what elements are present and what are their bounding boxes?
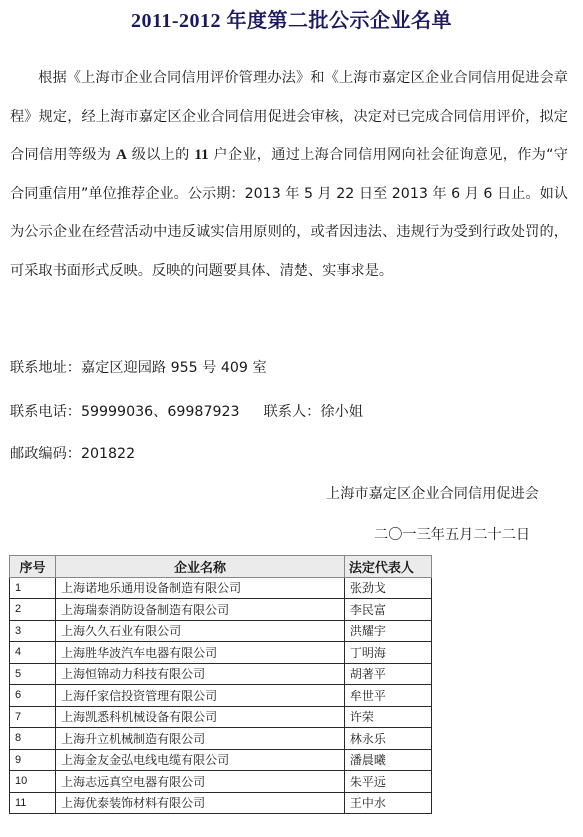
row-company: 上海胜华波汽车电器有限公司 <box>56 642 345 664</box>
address-label: 联系地址： <box>10 360 81 376</box>
company-count: 11 <box>194 147 208 163</box>
row-no: 7 <box>10 706 56 728</box>
table-row: 5上海恒锦动力科技有限公司胡著平 <box>10 663 432 685</box>
header-rep: 法定代表人 <box>344 556 431 578</box>
row-company: 上海金友金弘电线电缆有限公司 <box>56 749 345 771</box>
row-company: 上海诺地乐通用设备制造有限公司 <box>56 577 345 599</box>
contact-address: 联系地址：嘉定区迎园路 955 号 409 室 <box>10 357 267 377</box>
postcode-value: 201822 <box>81 446 135 462</box>
row-no: 9 <box>10 749 56 771</box>
table-row: 8上海升立机械制造有限公司林永乐 <box>10 728 432 750</box>
table-row: 10上海志远真空电器有限公司朱平远 <box>10 771 432 793</box>
row-company: 上海瑞泰消防设备制造有限公司 <box>56 599 345 621</box>
header-company: 企业名称 <box>56 556 345 578</box>
row-rep: 朱平远 <box>344 771 431 793</box>
table-row: 11上海优泰装饰材料有限公司王中水 <box>10 792 432 814</box>
row-company: 上海优泰装饰材料有限公司 <box>56 792 345 814</box>
signature-org: 上海市嘉定区企业合同信用促进会 <box>326 483 539 503</box>
row-company: 上海久久石业有限公司 <box>56 620 345 642</box>
page-title: 2011-2012 年度第二批公示企业名单 <box>0 4 583 33</box>
row-rep: 潘晨曦 <box>344 749 431 771</box>
row-no: 8 <box>10 728 56 750</box>
row-no: 1 <box>10 577 56 599</box>
row-no: 10 <box>10 771 56 793</box>
row-rep: 洪耀宇 <box>344 620 431 642</box>
row-company: 上海凯悉科机械设备有限公司 <box>56 706 345 728</box>
row-no: 6 <box>10 685 56 707</box>
table-row: 7上海凯悉科机械设备有限公司许荣 <box>10 706 432 728</box>
table-row: 9上海金友金弘电线电缆有限公司潘晨曦 <box>10 749 432 771</box>
table-row: 3上海久久石业有限公司洪耀宇 <box>10 620 432 642</box>
credit-grade: A <box>116 147 127 163</box>
row-rep: 牟世平 <box>344 685 431 707</box>
row-rep: 李民富 <box>344 599 431 621</box>
row-company: 上海升立机械制造有限公司 <box>56 728 345 750</box>
table-row: 2上海瑞泰消防设备制造有限公司李民富 <box>10 599 432 621</box>
body-text-2: 级以上的 <box>132 147 190 163</box>
row-rep: 张劲戈 <box>344 577 431 599</box>
header-no: 序号 <box>10 556 56 578</box>
announcement-body: 根据《上海市企业合同信用评价管理办法》和《上海市嘉定区企业合同信用促进会章程》规… <box>10 59 568 290</box>
row-company: 上海志远真空电器有限公司 <box>56 771 345 793</box>
row-no: 11 <box>10 792 56 814</box>
row-rep: 胡著平 <box>344 663 431 685</box>
row-rep: 王中水 <box>344 792 431 814</box>
phone-label: 联系电话： <box>10 404 81 420</box>
contact-person-label: 联系人： <box>264 404 321 420</box>
signature-date: 二〇一三年五月二十二日 <box>374 524 530 544</box>
row-no: 5 <box>10 663 56 685</box>
row-company: 上海仟家信投资管理有限公司 <box>56 685 345 707</box>
table-row: 4上海胜华波汽车电器有限公司丁明海 <box>10 642 432 664</box>
row-no: 3 <box>10 620 56 642</box>
contact-phone: 联系电话：59999036、69987923联系人：徐小姐 <box>10 401 363 421</box>
row-rep: 林永乐 <box>344 728 431 750</box>
table-header-row: 序号 企业名称 法定代表人 <box>10 556 432 578</box>
contact-person-value: 徐小姐 <box>320 404 363 420</box>
row-company: 上海恒锦动力科技有限公司 <box>56 663 345 685</box>
row-no: 4 <box>10 642 56 664</box>
phone-value: 59999036、69987923 <box>81 404 240 420</box>
postcode-label: 邮政编码： <box>10 446 81 462</box>
table-row: 6上海仟家信投资管理有限公司牟世平 <box>10 685 432 707</box>
address-value: 嘉定区迎园路 955 号 409 室 <box>81 360 267 376</box>
company-table: 序号 企业名称 法定代表人 1上海诺地乐通用设备制造有限公司张劲戈 2上海瑞泰消… <box>9 555 432 814</box>
contact-postcode: 邮政编码：201822 <box>10 443 135 463</box>
table-row: 1上海诺地乐通用设备制造有限公司张劲戈 <box>10 577 432 599</box>
row-rep: 许荣 <box>344 706 431 728</box>
row-rep: 丁明海 <box>344 642 431 664</box>
row-no: 2 <box>10 599 56 621</box>
